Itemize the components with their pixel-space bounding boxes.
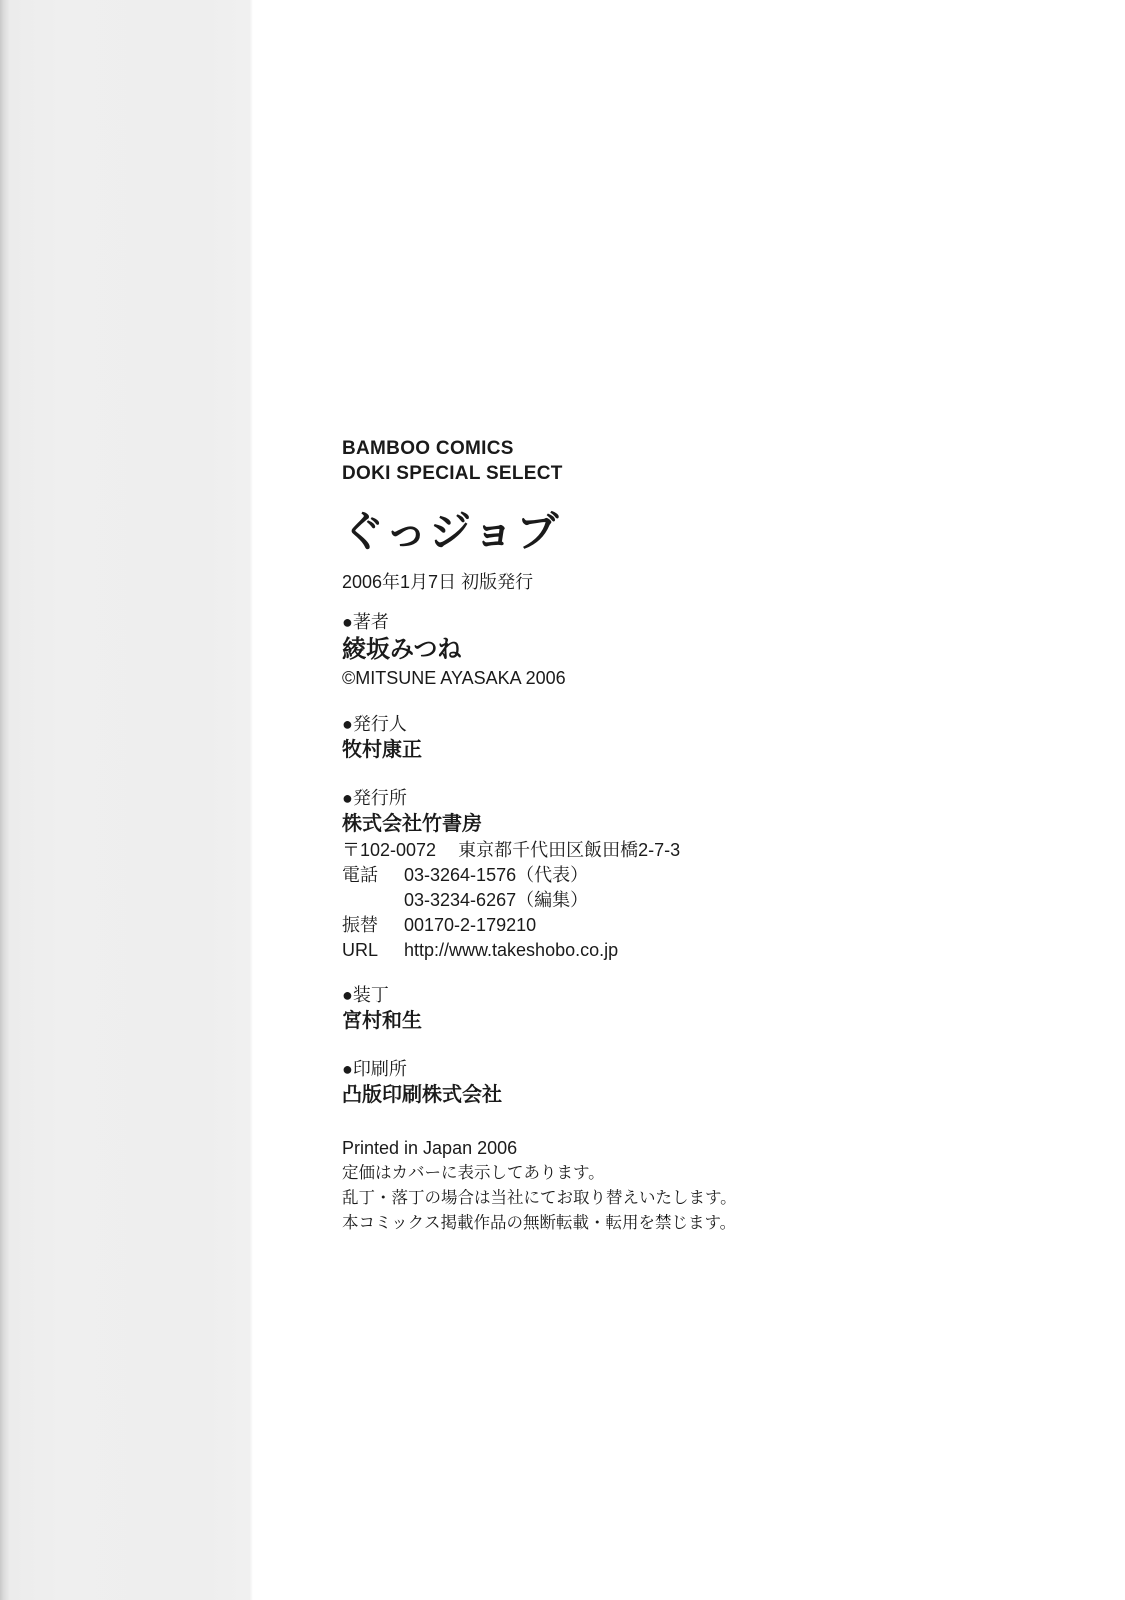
publisher-address-line: 〒102-0072東京都千代田区飯田橋2-7-3	[342, 838, 1042, 863]
info-key: URL	[342, 938, 404, 963]
printed-in: Printed in Japan 2006	[342, 1135, 1042, 1161]
publisher-address: 東京都千代田区飯田橋2-7-3	[458, 840, 680, 860]
printer-name: 凸版印刷株式会社	[342, 1081, 1042, 1109]
book-title: ぐっジョブ	[342, 508, 1042, 556]
page-gutter-strip	[0, 0, 252, 1600]
page-gutter-edge	[250, 0, 253, 1600]
info-row-url: URL http://www.takeshobo.co.jp	[342, 938, 1042, 963]
design-section: ●装丁 宮村和生	[342, 983, 1042, 1035]
info-key: 電話	[342, 863, 404, 888]
publication-date: 2006年1月7日 初版発行	[342, 570, 1042, 594]
notice-replacement: 乱丁・落丁の場合は当社にてお取り替えいたします。	[342, 1186, 1042, 1211]
publisher-person-name: 牧村康正	[342, 736, 1042, 764]
publisher-section: ●発行所 株式会社竹書房 〒102-0072東京都千代田区飯田橋2-7-3 電話…	[342, 786, 1042, 963]
info-key: 振替	[342, 913, 404, 938]
info-value: 00170-2-179210	[404, 913, 536, 938]
info-row-phone-editorial: 03-3234-6267（編集）	[342, 888, 1042, 913]
publisher-person-label: ●発行人	[342, 712, 1042, 736]
publisher-label: ●発行所	[342, 786, 1042, 810]
designer-name: 宮村和生	[342, 1007, 1042, 1035]
printer-section: ●印刷所 凸版印刷株式会社	[342, 1057, 1042, 1109]
publisher-url: http://www.takeshobo.co.jp	[404, 938, 618, 963]
author-label: ●著者	[342, 610, 1042, 634]
author-section: ●著者 綾坂みつね ©MITSUNE AYASAKA 2006	[342, 610, 1042, 690]
notice-reproduction: 本コミックス掲載作品の無断転載・転用を禁じます。	[342, 1211, 1042, 1236]
info-value: 03-3234-6267（編集）	[404, 888, 588, 913]
info-row-transfer: 振替 00170-2-179210	[342, 913, 1042, 938]
colophon: BAMBOO COMICS DOKI SPECIAL SELECT ぐっジョブ …	[342, 436, 1042, 1236]
design-label: ●装丁	[342, 983, 1042, 1007]
printer-label: ●印刷所	[342, 1057, 1042, 1081]
copyright-notice: ©MITSUNE AYASAKA 2006	[342, 666, 1042, 690]
series-line-2: DOKI SPECIAL SELECT	[342, 461, 1042, 486]
info-key	[342, 888, 404, 913]
info-value: 03-3264-1576（代表）	[404, 863, 588, 888]
notice-price: 定価はカバーに表示してあります。	[342, 1161, 1042, 1186]
series-line-1: BAMBOO COMICS	[342, 436, 1042, 461]
publisher-name: 株式会社竹書房	[342, 810, 1042, 838]
footer-notes: Printed in Japan 2006 定価はカバーに表示してあります。 乱…	[342, 1135, 1042, 1236]
publisher-person-section: ●発行人 牧村康正	[342, 712, 1042, 764]
zip-code: 〒102-0072	[342, 840, 436, 860]
info-row-phone-main: 電話 03-3264-1576（代表）	[342, 863, 1042, 888]
author-name: 綾坂みつね	[342, 634, 1042, 666]
